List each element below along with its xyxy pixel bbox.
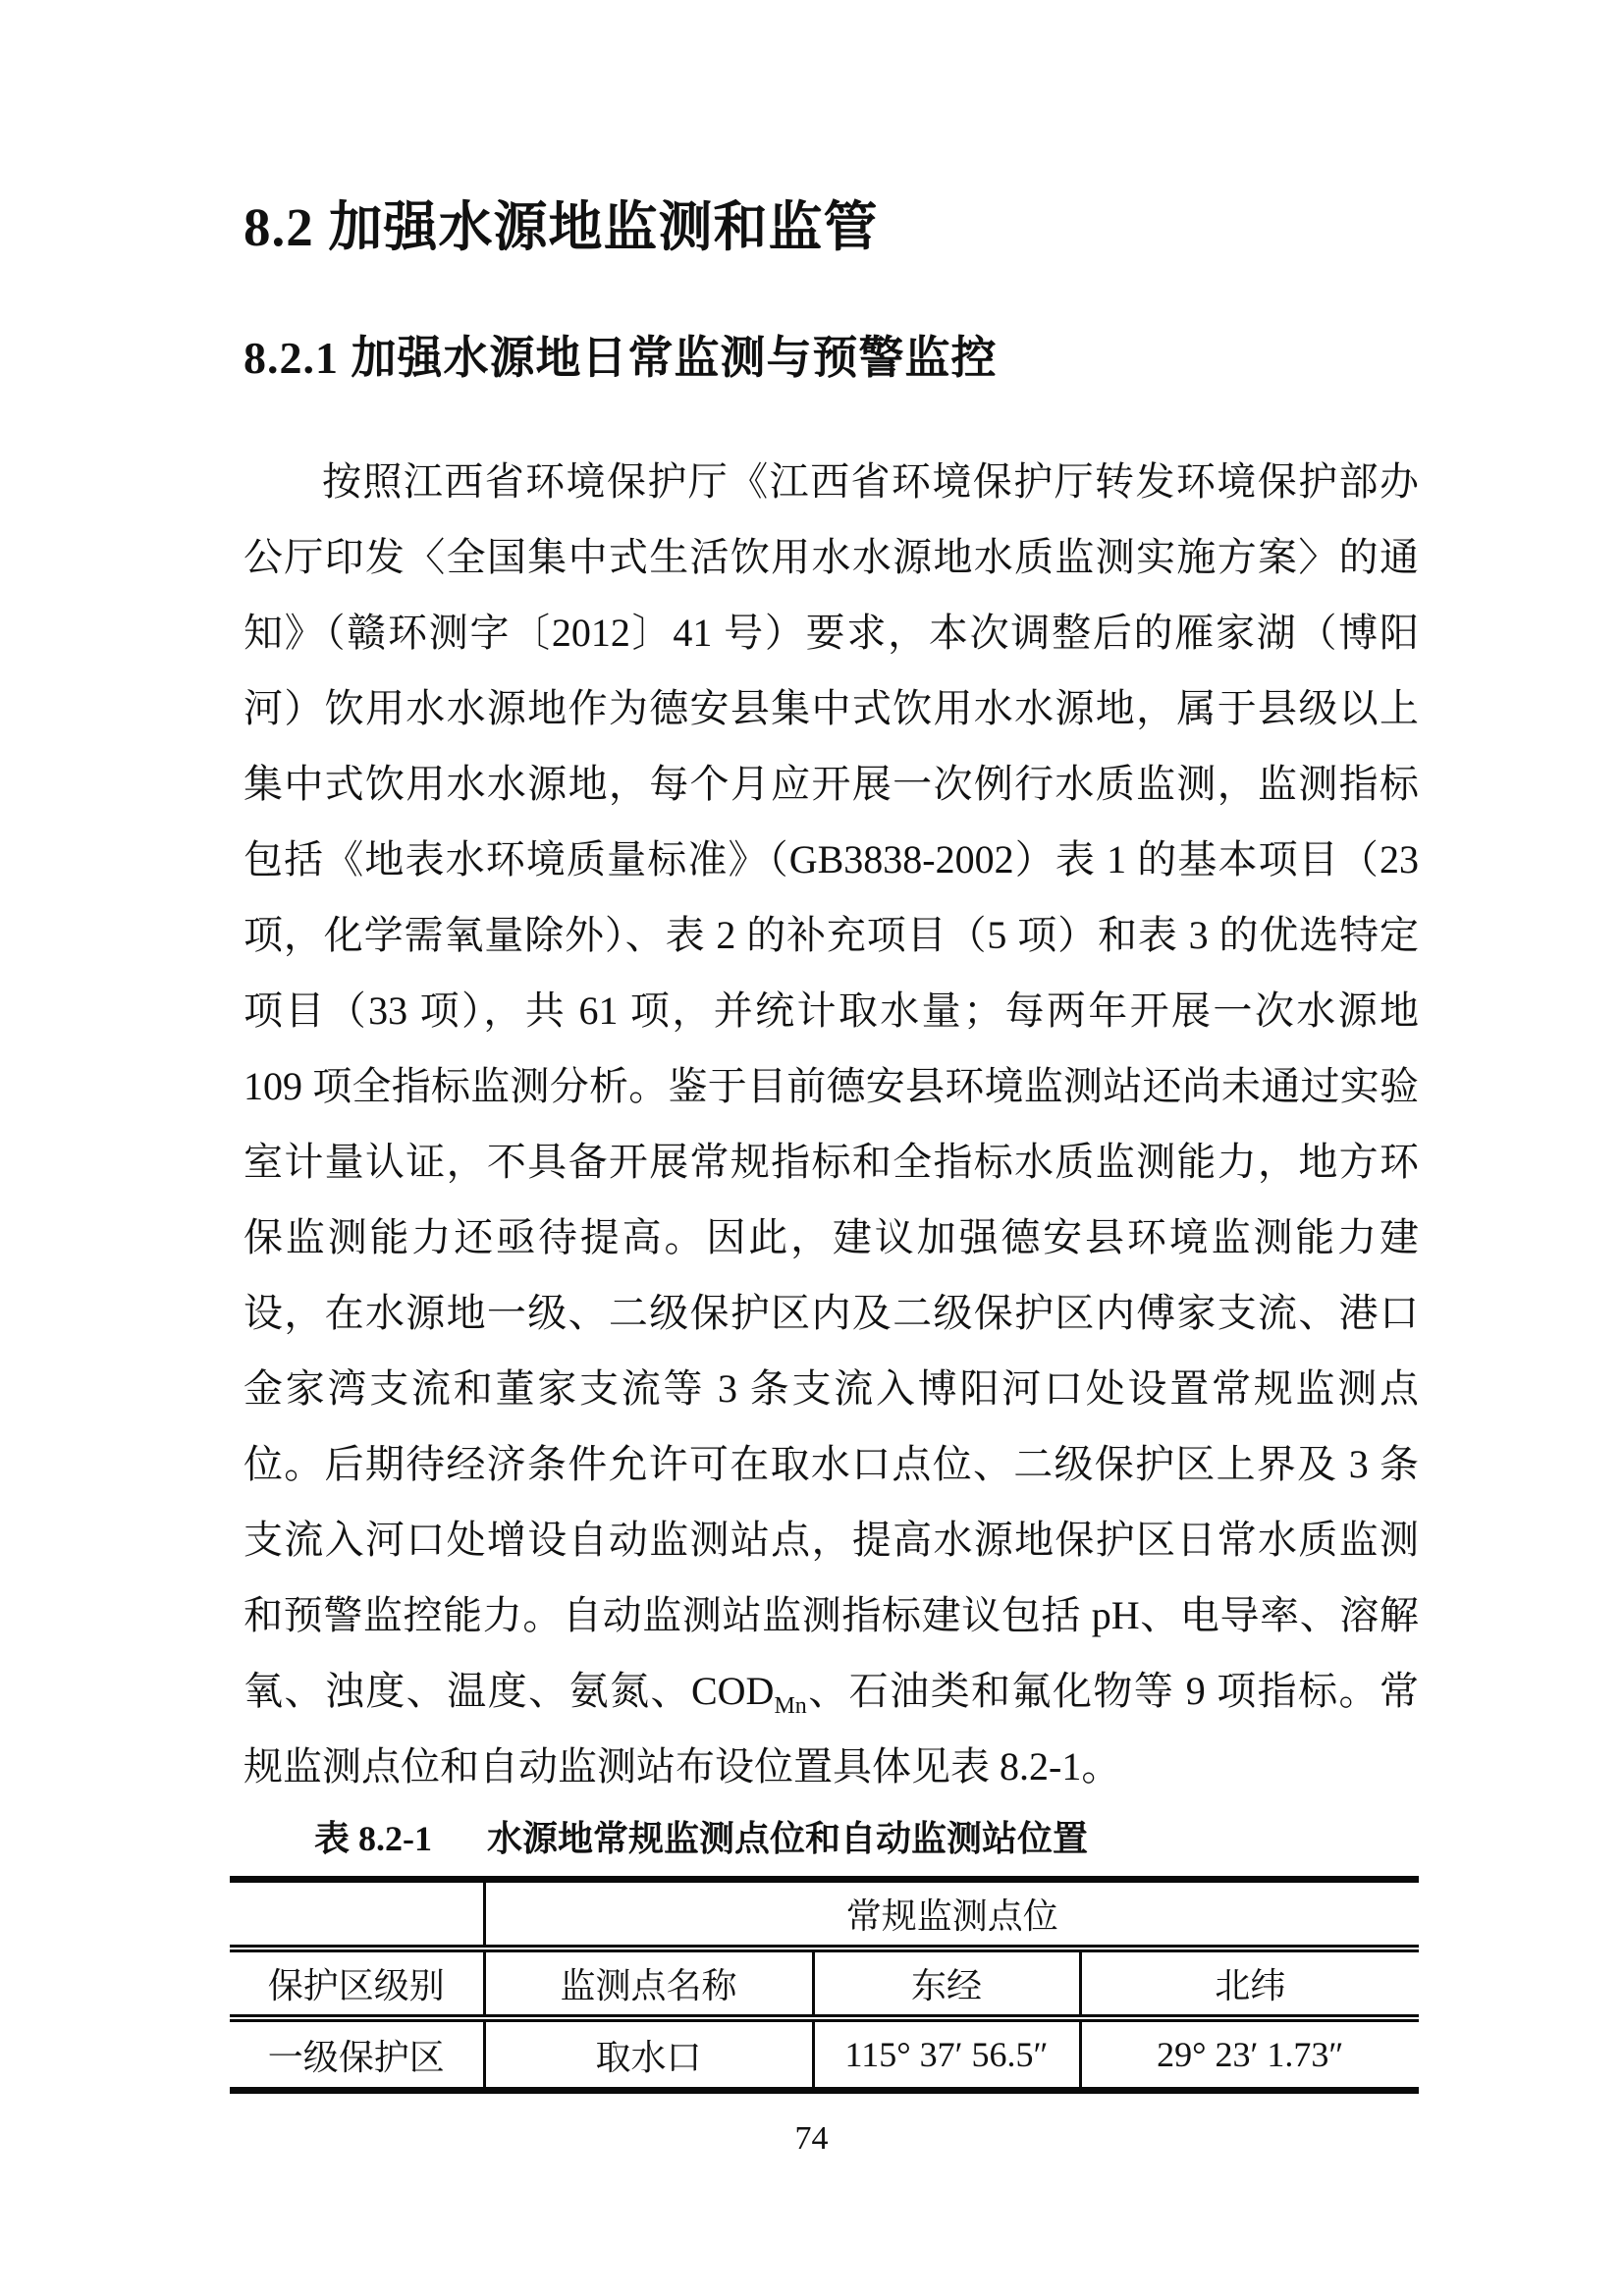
column-header-protection-zone: 保护区级别 xyxy=(230,1949,484,2018)
monitoring-points-table: 常规监测点位 保护区级别 监测点名称 东经 北纬 一级保护区 取水口 115° … xyxy=(230,1876,1419,2094)
body-paragraph: 按照江西省环境保护厅《江西省环境保护厅转发环境保护部办公厅印发〈全国集中式生活饮… xyxy=(243,385,1419,1804)
cell-north-latitude: 29° 23′ 1.73″ xyxy=(1080,2018,1419,2091)
table-caption-label: 表 8.2-1 xyxy=(314,1819,432,1858)
paragraph-text-before-subscript: 按照江西省环境保护厅《江西省环境保护厅转发环境保护部办公厅印发〈全国集中式生活饮… xyxy=(243,459,1419,1713)
empty-corner-cell xyxy=(230,1880,484,1949)
table-column-header-row: 保护区级别 监测点名称 东经 北纬 xyxy=(230,1949,1419,2018)
cell-point-name: 取水口 xyxy=(484,2018,813,2091)
section-heading: 8.2 加强水源地监测和监管 xyxy=(243,0,1419,258)
table-group-header-row: 常规监测点位 xyxy=(230,1880,1419,1949)
cell-protection-zone: 一级保护区 xyxy=(230,2018,484,2091)
cod-subscript: Mn xyxy=(774,1693,806,1719)
page-number: 74 xyxy=(0,2120,1623,2158)
column-header-north-latitude: 北纬 xyxy=(1080,1949,1419,2018)
subsection-heading: 8.2.1 加强水源地日常监测与预警监控 xyxy=(243,258,1419,385)
table-caption-title: 水源地常规监测点位和自动监测站位置 xyxy=(487,1819,1088,1858)
column-header-east-longitude: 东经 xyxy=(813,1949,1080,2018)
table-row: 一级保护区 取水口 115° 37′ 56.5″ 29° 23′ 1.73″ xyxy=(230,2018,1419,2091)
page-content: 8.2 加强水源地监测和监管 8.2.1 加强水源地日常监测与预警监控 按照江西… xyxy=(243,0,1419,2094)
cell-east-longitude: 115° 37′ 56.5″ xyxy=(813,2018,1080,2091)
table-caption: 表 8.2-1水源地常规监测点位和自动监测站位置 xyxy=(243,1804,1419,1860)
column-header-point-name: 监测点名称 xyxy=(484,1949,813,2018)
group-header-cell: 常规监测点位 xyxy=(484,1880,1419,1949)
document-page: 8.2 加强水源地监测和监管 8.2.1 加强水源地日常监测与预警监控 按照江西… xyxy=(0,0,1623,2296)
